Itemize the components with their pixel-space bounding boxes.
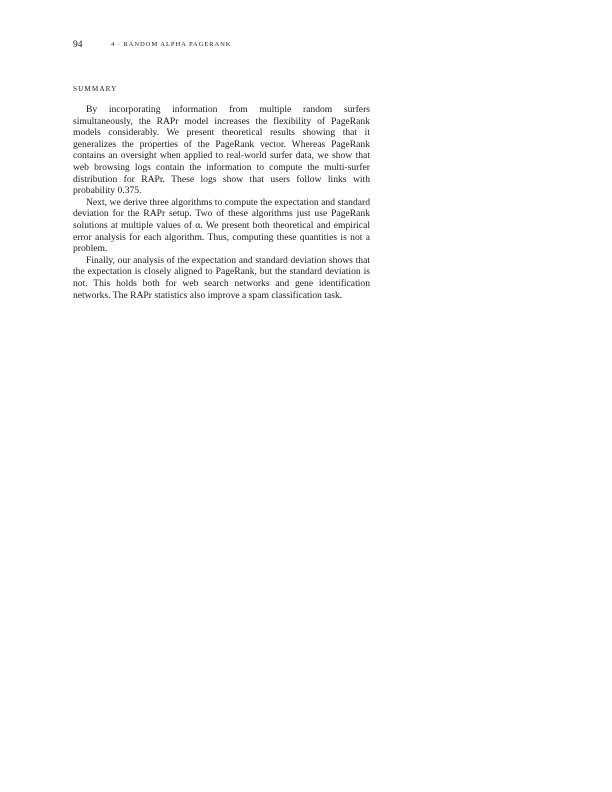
paragraph: Finally, our analysis of the expectation… — [73, 255, 370, 301]
paragraph: By incorporating information from multip… — [73, 104, 370, 197]
section-heading: summary — [73, 85, 117, 93]
summary-body: By incorporating information from multip… — [73, 104, 370, 301]
paragraph: Next, we derive three algorithms to comp… — [73, 197, 370, 255]
page-number: 94 — [73, 40, 83, 50]
chapter-title: 4 · random alpha pagerank — [111, 41, 231, 48]
running-head: 94 4 · random alpha pagerank — [73, 40, 612, 52]
